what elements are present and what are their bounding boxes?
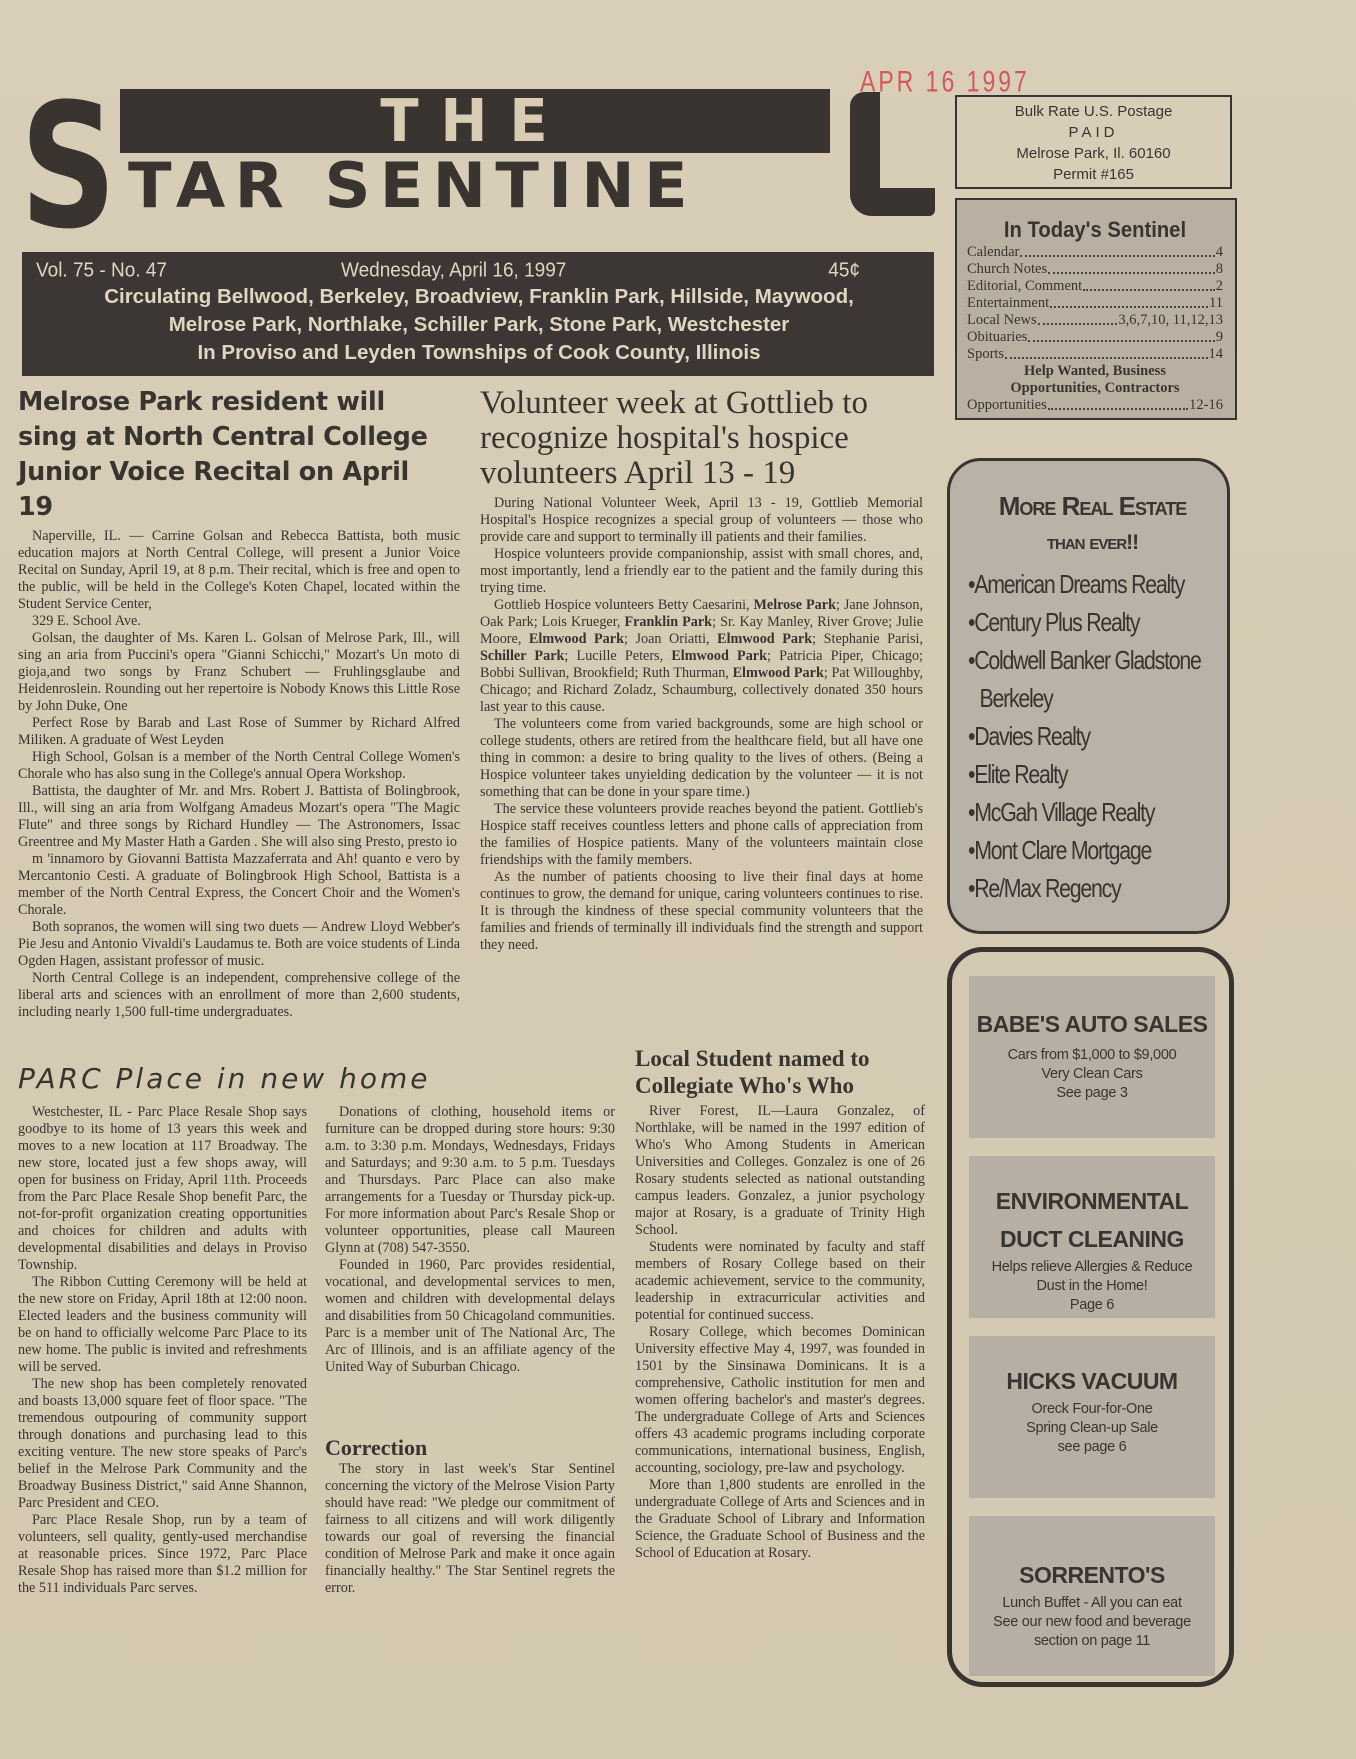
index-item[interactable]: Opportunities12-16 xyxy=(967,397,1223,414)
realtor-item: •Davies Realty xyxy=(968,717,1172,755)
real-estate-title: More Real Estate xyxy=(968,489,1217,523)
index-item[interactable]: Entertainment11 xyxy=(967,295,1223,312)
index-item[interactable]: Editorial, Comment2 xyxy=(967,278,1223,295)
ad-title: SORRENTO'S xyxy=(969,1556,1215,1594)
masthead-the-bar: THE xyxy=(120,89,830,153)
article-headline: Local Student named to Collegiate Who's … xyxy=(635,1045,925,1099)
article-headline: Volunteer week at Gottlieb to recognize … xyxy=(480,386,923,491)
article-parc-place-col2: Donations of clothing, household items o… xyxy=(325,1104,615,1376)
index-item[interactable]: Local News3,6,7,10, 11,12,13 xyxy=(967,312,1223,329)
index-subhead-1: Help Wanted, Business xyxy=(967,363,1223,380)
realtor-item: •Elite Realty xyxy=(968,755,1172,793)
article-headline: Correction xyxy=(325,1435,615,1461)
newspaper-page: APR 16 1997 S THE TAR SENTINE Vol. 75 - … xyxy=(0,0,1356,1759)
ad-title: HICKS VACUUM xyxy=(969,1362,1215,1400)
realtor-item: •Century Plus Realty xyxy=(968,603,1172,641)
index-item[interactable]: Calendar4 xyxy=(967,244,1223,261)
realtor-item: •Mont Clare Mortgage xyxy=(968,831,1172,869)
volunteer-list: Gottlieb Hospice volunteers Betty Caesar… xyxy=(480,597,923,716)
postage-line-1: Bulk Rate U.S. Postage xyxy=(957,101,1230,122)
masthead-title: TAR SENTINE xyxy=(128,150,697,222)
index-item[interactable]: Obituaries9 xyxy=(967,329,1223,346)
masthead-the: THE xyxy=(380,87,569,155)
ad-sorrentos[interactable]: SORRENTO'S Lunch Buffet - All you can ea… xyxy=(969,1516,1215,1676)
index-item[interactable]: Sports14 xyxy=(967,346,1223,363)
article-whos-who: Local Student named to Collegiate Who's … xyxy=(635,1045,925,1562)
postage-line-3: Melrose Park, Il. 60160 xyxy=(957,143,1230,164)
index-subhead-2: Opportunities, Contractors xyxy=(967,380,1223,397)
circulation-line-1: Circulating Bellwood, Berkeley, Broadvie… xyxy=(36,284,922,310)
index-title: In Today's Sentinel xyxy=(977,218,1213,242)
circulation-line-3: In Proviso and Leyden Townships of Cook … xyxy=(36,340,922,366)
circulation-line-2: Melrose Park, Northlake, Schiller Park, … xyxy=(36,312,922,338)
ad-hicks-vacuum[interactable]: HICKS VACUUM Oreck Four-for-One Spring C… xyxy=(969,1336,1215,1498)
article-headline: Melrose Park resident will sing at North… xyxy=(18,385,451,525)
article-parc-place-col1: Westchester, IL - Parc Place Resale Shop… xyxy=(18,1104,307,1597)
realtor-item: •McGah Village Realty xyxy=(968,793,1172,831)
ad-duct-cleaning[interactable]: ENVIRONMENTAL DUCT CLEANING Helps reliev… xyxy=(969,1156,1215,1318)
realtor-item: •Re/Max Regency xyxy=(968,869,1172,907)
postage-paid: PAID xyxy=(957,122,1230,143)
issue-date: Wednesday, April 16, 1997 xyxy=(341,259,566,282)
real-estate-subtitle: than ever!! xyxy=(968,531,1217,555)
real-estate-ad[interactable]: More Real Estate than ever!! •American D… xyxy=(947,458,1230,934)
article-body: During National Volunteer Week, April 13… xyxy=(480,495,923,954)
article-headline-parc-place: PARC Place in new home xyxy=(18,1062,430,1095)
realtor-item: •Coldwell Banker Gladstone xyxy=(968,641,1172,679)
masthead-info-bar: Vol. 75 - No. 47 Wednesday, April 16, 19… xyxy=(22,252,934,376)
article-correction: Correction The story in last week's Star… xyxy=(325,1435,615,1597)
article-body: Naperville, IL. — Carrine Golsan and Reb… xyxy=(18,528,460,1021)
ad-teasers-box: BABE'S AUTO SALES Cars from $1,000 to $9… xyxy=(947,947,1234,1687)
volume-number: Vol. 75 - No. 47 xyxy=(36,259,167,282)
masthead-s-letter: S xyxy=(20,92,117,242)
ad-title: ENVIRONMENTAL DUCT CLEANING xyxy=(969,1182,1215,1258)
ad-title: BABE'S AUTO SALES xyxy=(969,1002,1215,1046)
realtor-item: •American Dreams Realty xyxy=(968,565,1172,603)
masthead-l-letter xyxy=(850,92,935,216)
realtor-item-continued: Berkeley xyxy=(968,679,1172,717)
article-voice-recital: Melrose Park resident will sing at North… xyxy=(18,385,460,1021)
postage-permit: Permit #165 xyxy=(957,164,1230,185)
postage-box: Bulk Rate U.S. Postage PAID Melrose Park… xyxy=(955,95,1232,189)
issue-price: 45¢ xyxy=(828,259,922,282)
index-item[interactable]: Church Notes8 xyxy=(967,261,1223,278)
article-volunteer-week: Volunteer week at Gottlieb to recognize … xyxy=(480,386,923,954)
todays-sentinel-index: In Today's Sentinel Calendar4 Church Not… xyxy=(955,198,1237,420)
ad-babes-auto[interactable]: BABE'S AUTO SALES Cars from $1,000 to $9… xyxy=(969,976,1215,1138)
